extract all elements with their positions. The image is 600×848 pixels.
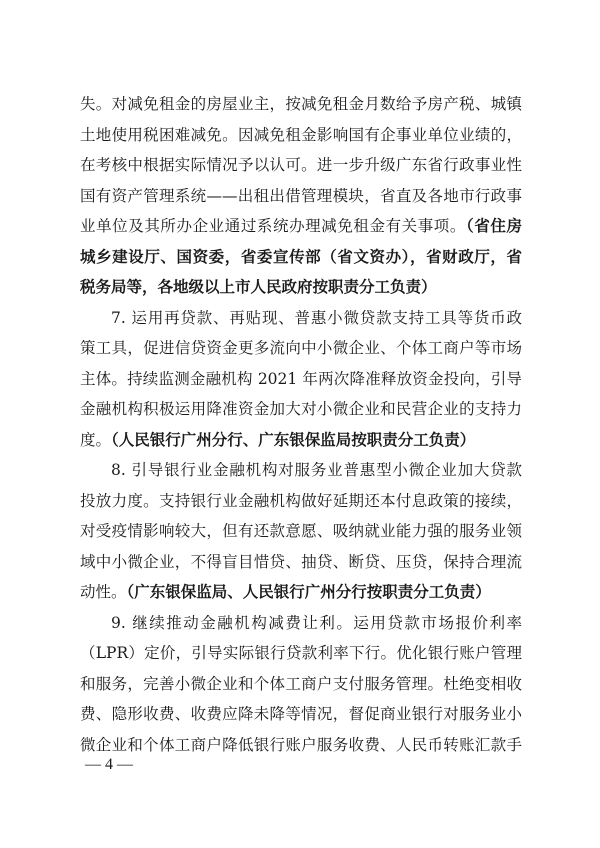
text-line-2: 土地使用税困难减免。因减免租金影响国有企事业单位业绩的， [80, 120, 522, 151]
text-line-16: 域中小微企业，不得盲目惜贷、抽贷、断贷、压贷，保持合理流 [80, 547, 522, 578]
text-line-10: 主体。持续监测金融机构 2021 年两次降准释放资金投向，引导 [80, 364, 522, 395]
text-line-11: 金融机构积极运用降准资金加大对小微企业和民营企业的支持力 [80, 394, 522, 425]
text-line-7: 税务局等，各地级以上市人民政府按职责分工负责） [80, 272, 522, 303]
text-line-9: 策工具，促进信贷资金更多流向中小微企业、个体工商户等市场 [80, 333, 522, 364]
text-line-5: 业单位及其所办企业通过系统办理减免租金有关事项。（省住房 [80, 211, 522, 242]
text-line-3: 在考核中根据实际情况予以认可。进一步升级广东省行政事业性 [80, 150, 522, 181]
text-line-15: 对受疫情影响较大，但有还款意愿、吸纳就业能力强的服务业领 [80, 516, 522, 547]
text-line-4: 国有资产管理系统——出租出借管理模块，省直及各地市行政事 [80, 181, 522, 212]
responsibility-note: （广东银保监局、人民银行广州分行按职责分工负责） [127, 582, 491, 601]
responsibility-note: （人民银行广州分行、广东银保监局按职责分工负责） [111, 430, 475, 449]
responsibility-note: （省住房 [466, 216, 522, 235]
item-8-heading: 8. 引导银行业金融机构对服务业普惠型小微企业加大贷款 [80, 455, 522, 486]
text-line-12: 度。（人民银行广州分行、广东银保监局按职责分工负责） [80, 425, 522, 456]
text-line-14: 投放力度。支持银行业金融机构做好延期还本付息政策的接续， [80, 486, 522, 517]
document-page: 失。对减免租金的房屋业主，按减免租金月数给予房产税、城镇 土地使用税困难减免。因… [0, 0, 600, 848]
text-line-1: 失。对减免租金的房屋业主，按减免租金月数给予房产税、城镇 [80, 89, 522, 120]
text-line-20: 和服务，完善小微企业和个体工商户支付服务管理。杜绝变相收 [80, 669, 522, 700]
text-line-22: 微企业和个体工商户降低银行账户服务收费、人民币转账汇款手 [80, 730, 522, 761]
page-number: — 4 — [85, 756, 133, 774]
body-text: 失。对减免租金的房屋业主，按减免租金月数给予房产税、城镇 土地使用税困难减免。因… [80, 89, 522, 760]
text-line-17: 动性。（广东银保监局、人民银行广州分行按职责分工负责） [80, 577, 522, 608]
item-9-heading: 9. 继续推动金融机构减费让利。运用贷款市场报价利率 [80, 608, 522, 639]
text-line-19: （LPR）定价，引导实际银行贷款利率下行。优化银行账户管理 [80, 638, 522, 669]
item-7-heading: 7. 运用再贷款、再贴现、普惠小微贷款支持工具等货币政 [80, 303, 522, 334]
text-line-6: 城乡建设厅、国资委，省委宣传部（省文资办），省财政厅，省 [80, 242, 522, 273]
text-line-21: 费、隐形收费、收费应降未降等情况，督促商业银行对服务业小 [80, 699, 522, 730]
